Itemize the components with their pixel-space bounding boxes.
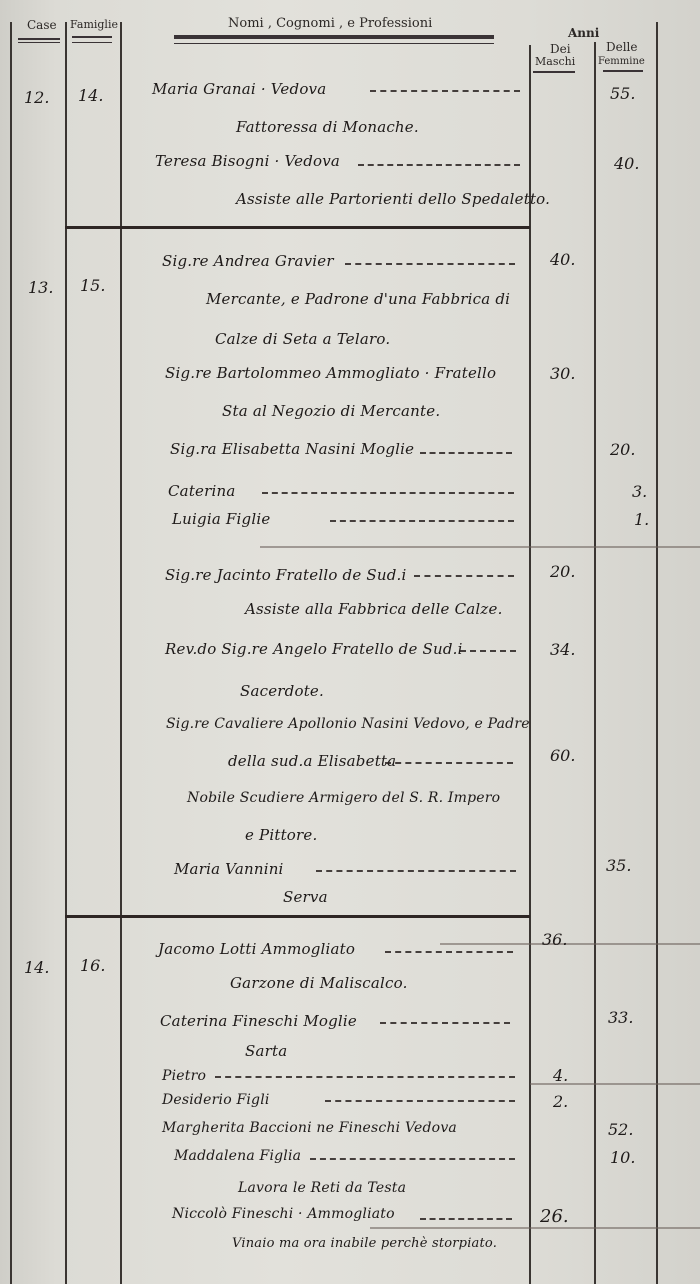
age-femmine: 52. xyxy=(608,1120,633,1139)
fill-dashes xyxy=(262,484,514,494)
column-rule-famiglie xyxy=(120,22,122,1284)
fill-dashes xyxy=(420,1210,512,1220)
age-femmine: 55. xyxy=(610,84,635,103)
fill-dashes xyxy=(420,444,512,454)
header-femmine-line1: Delle xyxy=(606,40,638,54)
entry-line: Sig.re Cavaliere Apollonio Nasini Vedovo… xyxy=(166,716,530,732)
entry-line: e Pittore. xyxy=(245,826,317,844)
famiglia-number: 14. xyxy=(78,86,103,105)
fill-dashes xyxy=(316,862,516,872)
column-rule-left-margin xyxy=(10,22,12,1284)
header-names: Nomi , Cognomi , e Professioni xyxy=(228,16,432,31)
entry-line: Garzone di Maliscalco. xyxy=(230,974,408,992)
header-femmine-rule xyxy=(603,70,643,72)
fill-dashes xyxy=(310,1150,515,1160)
entry-line: Sta al Negozio di Mercante. xyxy=(222,402,440,420)
fill-dashes xyxy=(385,754,513,764)
age-femmine: 3. xyxy=(632,482,647,501)
fill-dashes xyxy=(414,567,514,577)
famiglia-number: 16. xyxy=(80,956,105,975)
entry-line: Maddalena Figlia xyxy=(174,1148,301,1164)
entry-line: Assiste alle Partorienti dello Spedalett… xyxy=(236,190,550,208)
age-femmine: 35. xyxy=(606,856,631,875)
entry-line: Sacerdote. xyxy=(240,682,324,700)
column-rule-femmine xyxy=(656,22,658,1284)
header-femmine-line2: Femmine xyxy=(598,56,645,67)
entry-line: Sig.re Jacinto Fratello de Sud.i xyxy=(165,566,406,584)
entry-line: Sarta xyxy=(245,1042,287,1060)
entry-line: Luigia Figlie xyxy=(172,510,270,528)
entry-line: Serva xyxy=(283,888,328,906)
fill-dashes xyxy=(345,255,515,265)
age-maschi: 60. xyxy=(550,746,575,765)
entry-line: Margherita Baccioni ne Fineschi Vedova xyxy=(162,1120,457,1136)
entry-line: Mercante, e Padrone d'una Fabbrica di xyxy=(206,290,510,308)
census-register-page: Case Famiglie Nomi , Cognomi , e Profess… xyxy=(0,0,700,1284)
column-rule-maschi xyxy=(594,42,596,1284)
fill-dashes xyxy=(380,1014,510,1024)
entry-line: Jacomo Lotti Ammogliato xyxy=(158,940,355,958)
age-femmine: 10. xyxy=(610,1148,635,1167)
entry-line: Desiderio Figli xyxy=(162,1092,270,1108)
entry-line: Pietro xyxy=(162,1068,206,1084)
entry-line: Nobile Scudiere Armigero del S. R. Imper… xyxy=(187,790,500,806)
header-maschi-line1: Dei xyxy=(550,42,571,56)
entry-line: Maria Granai · Vedova xyxy=(152,80,326,98)
age-femmine: 1. xyxy=(634,510,649,529)
entry-line: Niccolò Fineschi · Ammogliato xyxy=(172,1206,395,1222)
casa-number: 13. xyxy=(28,278,53,297)
fill-dashes xyxy=(330,512,514,522)
entry-line: Assiste alla Fabbrica delle Calze. xyxy=(245,600,503,618)
entry-line: Sig.re Andrea Gravier xyxy=(162,252,334,270)
household-separator-2 xyxy=(65,915,530,918)
fill-dashes xyxy=(370,82,520,92)
header-famiglie: Famiglie xyxy=(70,18,118,31)
entry-line: Sig.re Bartolommeo Ammogliato · Fratello xyxy=(165,364,496,382)
fill-dashes xyxy=(358,156,520,166)
age-maschi: 40. xyxy=(550,250,575,269)
header-case-rule-2 xyxy=(18,42,60,43)
entry-line: Sig.ra Elisabetta Nasini Moglie xyxy=(170,440,414,458)
header-maschi-line2: Maschi xyxy=(535,55,575,68)
entry-line: Teresa Bisogni · Vedova xyxy=(155,152,340,170)
header-famiglie-rule-2 xyxy=(72,42,112,43)
age-maschi: 2. xyxy=(553,1092,568,1111)
header-names-rule xyxy=(174,35,494,39)
age-maschi: 36. xyxy=(542,930,567,949)
household-separator-1 xyxy=(65,226,530,229)
header-case-rule xyxy=(18,38,60,40)
casa-number: 14. xyxy=(24,958,49,977)
entry-line: Vinaio ma ora inabile perchè storpiato. xyxy=(232,1236,497,1251)
faint-rule xyxy=(370,1227,700,1229)
casa-number: 12. xyxy=(24,88,49,107)
entry-line: Rev.do Sig.re Angelo Fratello de Sud.i xyxy=(165,640,463,658)
entry-line: Fattoressa di Monache. xyxy=(236,118,419,136)
entry-line: Lavora le Reti da Testa xyxy=(238,1180,406,1196)
age-maschi: 4. xyxy=(553,1066,568,1085)
fill-dashes xyxy=(385,943,513,953)
fill-dashes xyxy=(325,1092,515,1102)
entry-line: Calze di Seta a Telaro. xyxy=(215,330,390,348)
header-maschi-rule xyxy=(533,71,575,73)
age-femmine: 33. xyxy=(608,1008,633,1027)
column-rule-names xyxy=(529,45,531,1284)
header-famiglie-rule xyxy=(72,36,112,38)
age-maschi: 20. xyxy=(550,562,575,581)
entry-line: Caterina Fineschi Moglie xyxy=(160,1012,357,1030)
age-maschi: 30. xyxy=(550,364,575,383)
faint-rule xyxy=(260,546,700,548)
famiglia-number: 15. xyxy=(80,276,105,295)
age-maschi: 34. xyxy=(550,640,575,659)
column-rule-case xyxy=(65,22,67,1284)
age-femmine: 20. xyxy=(610,440,635,459)
fill-dashes xyxy=(460,642,516,652)
header-names-rule-2 xyxy=(174,43,494,44)
entry-line: della sud.a Elisabetta xyxy=(228,752,396,770)
entry-line: Maria Vannini xyxy=(174,860,284,878)
fill-dashes xyxy=(215,1068,515,1078)
age-maschi: 26. xyxy=(540,1206,569,1227)
entry-line: Caterina xyxy=(168,482,236,500)
header-anni: Anni xyxy=(568,26,599,40)
age-femmine: 40. xyxy=(614,154,639,173)
header-case: Case xyxy=(27,18,57,32)
